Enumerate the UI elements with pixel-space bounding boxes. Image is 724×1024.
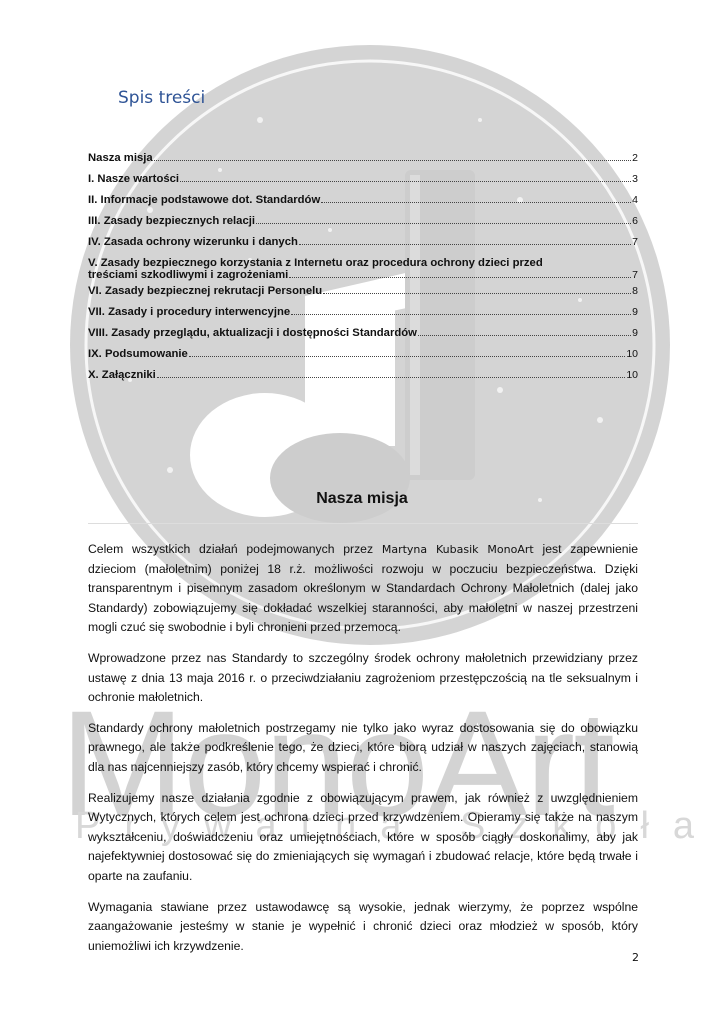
organization-name: Martyna Kubasik MonoArt xyxy=(382,543,534,556)
toc-leader-dots xyxy=(321,202,631,203)
toc-leader-dots xyxy=(323,293,631,294)
toc-leader-dots xyxy=(299,244,631,245)
toc-entry-page: 10 xyxy=(626,369,638,381)
toc-entry-label-line2[interactable]: treściami szkodliwymi i zagrożeniami xyxy=(88,269,288,281)
toc-entry[interactable]: VI. Zasady bezpiecznej rekrutacji Person… xyxy=(88,285,638,306)
paragraph: Wprowadzone przez nas Standardy to szcze… xyxy=(88,649,638,708)
toc-leader-dots xyxy=(157,377,626,378)
toc-entry-page: 2 xyxy=(632,152,638,164)
mission-body: Celem wszystkich działań podejmowanych p… xyxy=(88,540,638,967)
toc-title: Spis treści xyxy=(118,88,205,108)
toc-leader-dots xyxy=(189,356,626,357)
paragraph: Standardy ochrony małoletnich postrzegam… xyxy=(88,719,638,778)
toc-entry-label[interactable]: VIII. Zasady przeglądu, aktualizacji i d… xyxy=(88,327,417,339)
toc-entry-page: 7 xyxy=(632,269,638,281)
toc-entry[interactable]: V. Zasady bezpiecznego korzystania z Int… xyxy=(88,257,638,281)
table-of-contents: Nasza misja 2 I. Nasze wartości 3 II. In… xyxy=(88,152,638,390)
toc-entry[interactable]: III. Zasady bezpiecznych relacji 6 xyxy=(88,215,638,236)
toc-entry-label[interactable]: VI. Zasady bezpiecznej rekrutacji Person… xyxy=(88,285,322,297)
toc-entry[interactable]: II. Informacje podstawowe dot. Standardó… xyxy=(88,194,638,215)
toc-entry-label[interactable]: VII. Zasady i procedury interwencyjne xyxy=(88,306,290,318)
toc-leader-dots xyxy=(154,160,631,161)
section-heading-mission: Nasza misja xyxy=(0,490,724,508)
toc-entry[interactable]: X. Załączniki 10 xyxy=(88,369,638,390)
toc-entry-page: 8 xyxy=(632,285,638,297)
paragraph: Wymagania stawiane przez ustawodawcę są … xyxy=(88,898,638,957)
toc-leader-dots xyxy=(418,335,631,336)
toc-entry[interactable]: IX. Podsumowanie 10 xyxy=(88,348,638,369)
toc-entry-page: 9 xyxy=(632,327,638,339)
toc-entry-page: 6 xyxy=(632,215,638,227)
toc-leader-dots xyxy=(289,277,631,278)
toc-entry-page: 9 xyxy=(632,306,638,318)
toc-entry[interactable]: IV. Zasada ochrony wizerunku i danych 7 xyxy=(88,236,638,257)
toc-entry-label[interactable]: IV. Zasada ochrony wizerunku i danych xyxy=(88,236,298,248)
toc-entry[interactable]: VII. Zasady i procedury interwencyjne 9 xyxy=(88,306,638,327)
toc-entry[interactable]: VIII. Zasady przeglądu, aktualizacji i d… xyxy=(88,327,638,348)
toc-entry[interactable]: Nasza misja 2 xyxy=(88,152,638,173)
toc-leader-dots xyxy=(291,314,631,315)
paragraph-text: Celem wszystkich działań podejmowanych p… xyxy=(88,542,382,556)
toc-leader-dots xyxy=(256,223,631,224)
toc-entry-label[interactable]: V. Zasady bezpiecznego korzystania z Int… xyxy=(88,257,638,269)
paragraph: Realizujemy nasze działania zgodnie z ob… xyxy=(88,789,638,887)
toc-entry-label[interactable]: IX. Podsumowanie xyxy=(88,348,188,360)
toc-entry-label[interactable]: III. Zasady bezpiecznych relacji xyxy=(88,215,255,227)
paragraph: Celem wszystkich działań podejmowanych p… xyxy=(88,540,638,638)
toc-entry-label[interactable]: I. Nasze wartości xyxy=(88,173,179,185)
toc-entry[interactable]: I. Nasze wartości 3 xyxy=(88,173,638,194)
page-number: 2 xyxy=(632,951,639,964)
toc-entry-page: 10 xyxy=(626,348,638,360)
toc-entry-page: 7 xyxy=(632,236,638,248)
toc-entry-page: 3 xyxy=(632,173,638,185)
toc-leader-dots xyxy=(180,181,631,182)
toc-entry-label[interactable]: II. Informacje podstawowe dot. Standardó… xyxy=(88,194,320,206)
toc-entry-label[interactable]: X. Załączniki xyxy=(88,369,156,381)
toc-entry-label[interactable]: Nasza misja xyxy=(88,152,153,164)
toc-entry-page: 4 xyxy=(632,194,638,206)
heading-divider xyxy=(88,523,638,524)
